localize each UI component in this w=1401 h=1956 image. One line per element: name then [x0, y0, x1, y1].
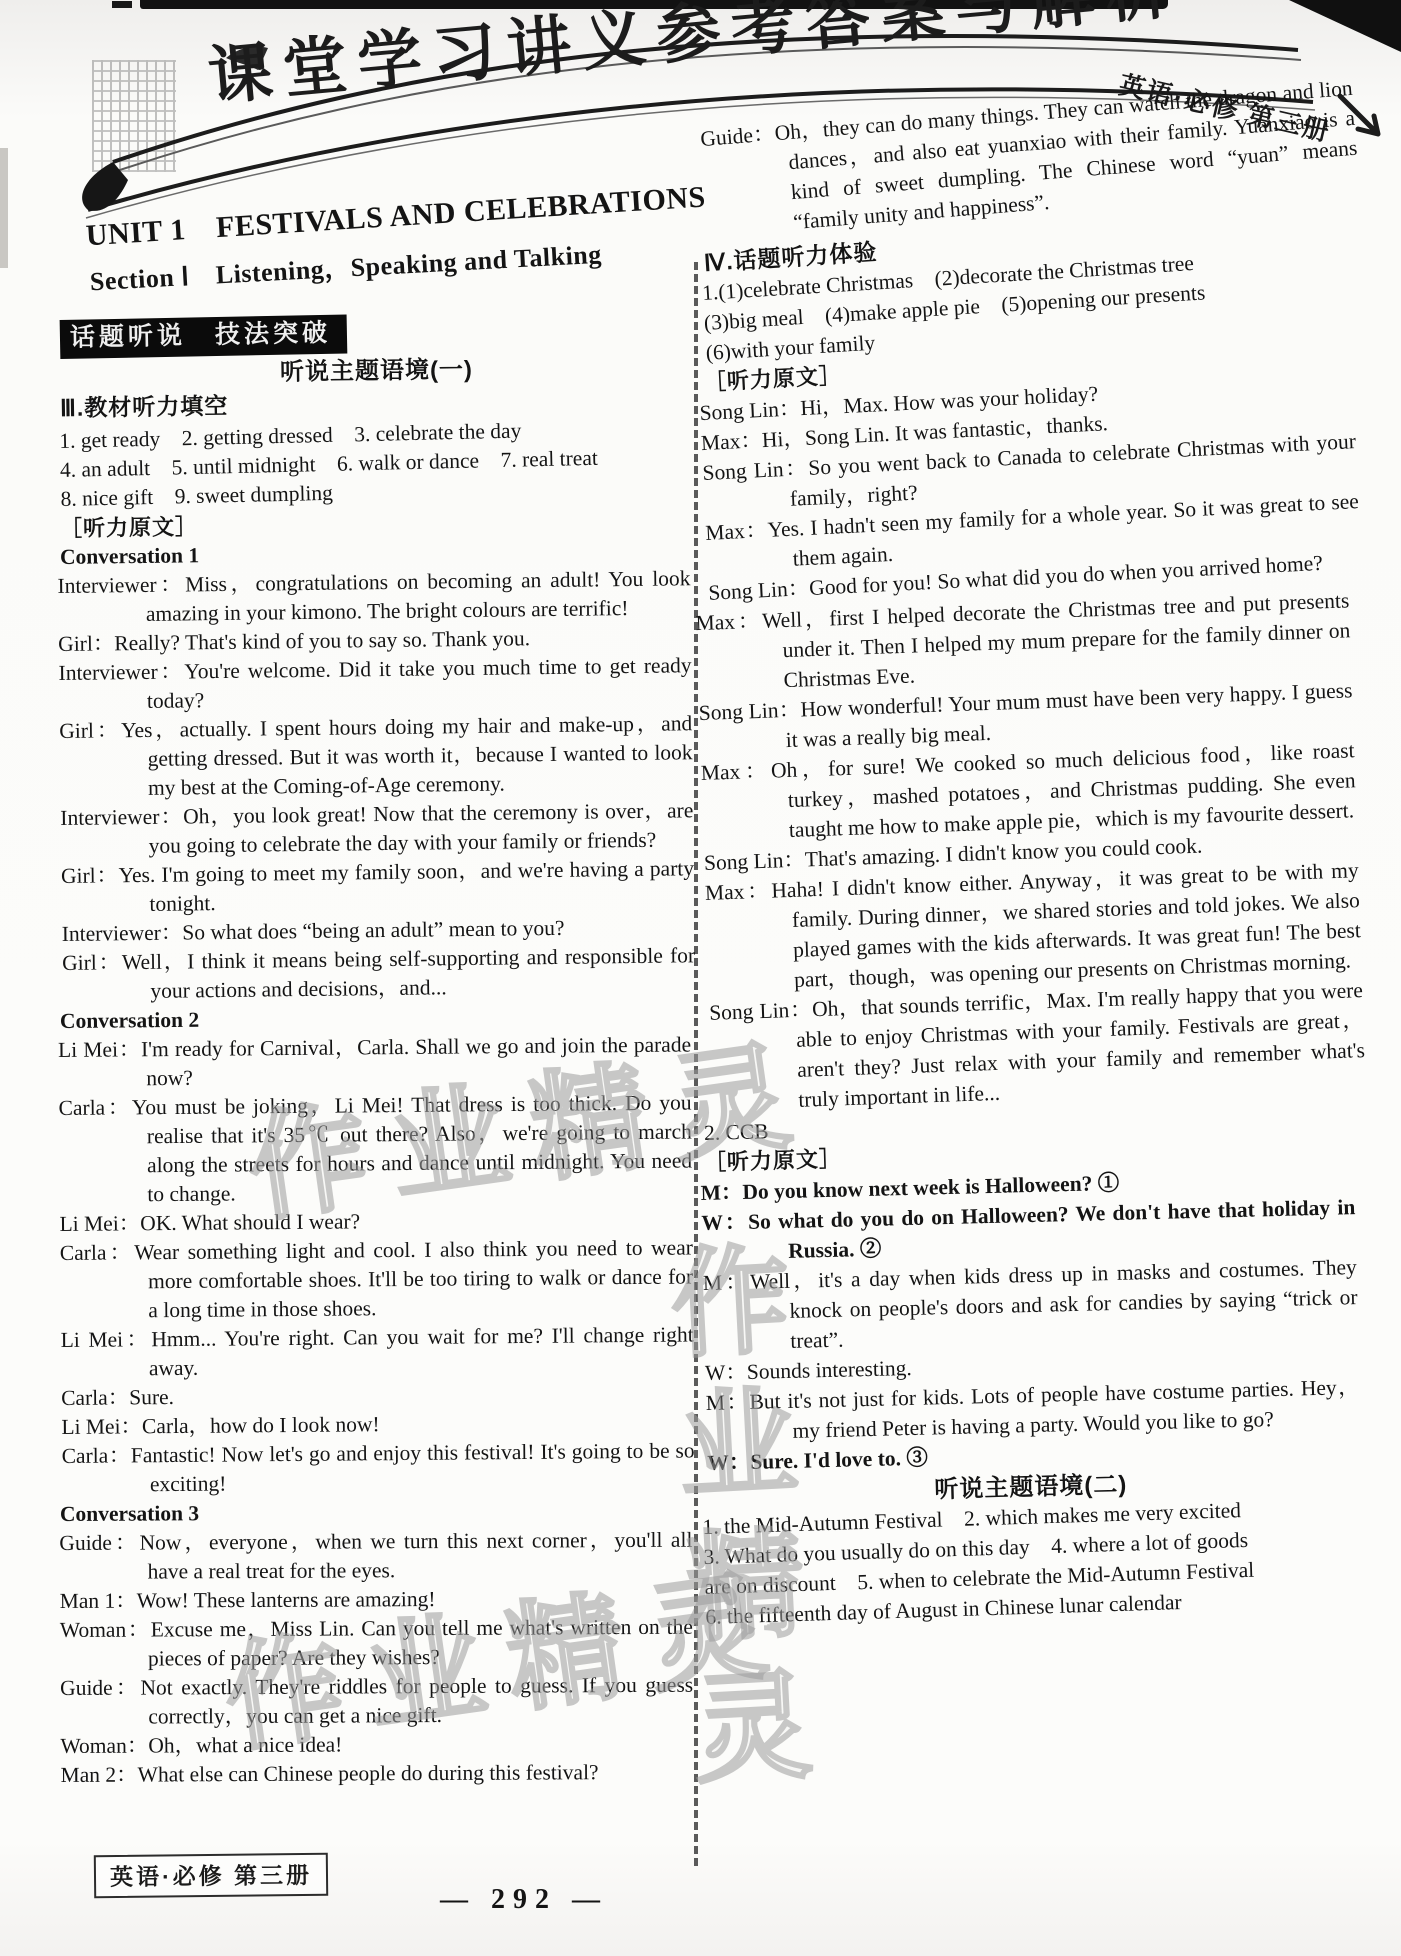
dialogue-line: Carla：Wear something light and cool. I a… [60, 1233, 694, 1326]
dialogue-line: Woman：Excuse me，Miss Lin. Can you tell m… [60, 1613, 693, 1674]
dialogue-line: Li Mei：Hmm... You're right. Can you wait… [61, 1320, 694, 1384]
dialogue-listening-2: M：Do you know next week is Halloween? ①W… [700, 1162, 1361, 1478]
dialogue-line: M：Well，it's a day when kids dress up in … [703, 1252, 1359, 1358]
conversation-3-dialogue: Guide：Now，everyone，when we turn this nex… [59, 1526, 693, 1790]
conversation-3-heading: Conversation 3 [60, 1497, 693, 1529]
dialogue-line: Woman：Oh，what a nice idea! [60, 1729, 693, 1761]
conversation-1-dialogue: Interviewer：Miss，congratulations on beco… [57, 564, 695, 1007]
dialogue-line: Max：Haha! I didn't know either. Anyway，i… [705, 855, 1363, 998]
dialogue-line: Girl：Yes. I'm going to meet my family so… [61, 854, 695, 920]
page-number: — 292 — [440, 1884, 608, 1916]
dialogue-line: Carla：You must be joking，Li Mei! That dr… [58, 1088, 692, 1210]
dialogue-line: Li Mei：I'm ready for Carnival，Carla. Sha… [58, 1030, 691, 1094]
dialogue-line: Carla：Fantastic! Now let's go and enjoy … [62, 1436, 695, 1500]
dialogue-listening-1b: Max：Well，first I helped decorate the Chr… [695, 585, 1366, 1118]
right-column: Guide：Oh，they can do many things. They c… [704, 124, 1358, 1632]
topic-bar: 话题听说 技法突破 [60, 314, 348, 359]
dialogue-line: Interviewer：Oh，you look great! Now that … [60, 796, 694, 862]
scan-artifact-left-edge [0, 148, 8, 268]
dialogue-listening-1a: Song Lin：Hi，Max. How was your holiday?Ma… [699, 366, 1362, 608]
dialogue-line: Girl：Yes，actually. I spent hours doing m… [59, 709, 693, 804]
dialogue-line: Man 1：Wow! These lanterns are amazing! [60, 1584, 693, 1616]
dialogue-line: Interviewer：Miss，congratulations on beco… [57, 564, 691, 630]
answer-list: 1. the Mid-Autumn Festival 2. which make… [702, 1491, 1359, 1631]
footer-edition-box: 英语·必修 第三册 [94, 1853, 328, 1898]
dialogue-line: Interviewer：You're welcome. Did it take … [58, 651, 692, 717]
answer-list: 1. get ready 2. getting dressed 3. celeb… [59, 413, 694, 514]
column-divider [694, 262, 698, 1866]
dialogue-line: Guide：Now，everyone，when we turn this nex… [59, 1526, 692, 1587]
conversation-2-dialogue: Li Mei：I'm ready for Carnival，Carla. Sha… [58, 1030, 695, 1500]
dialogue-line: Girl：Well，I think it means being self-su… [62, 941, 696, 1007]
dialogue-line: Man 2：What else can Chinese people do du… [61, 1758, 694, 1790]
dialogue-line: Song Lin：Oh，that sounds terrific，Max. I'… [709, 975, 1367, 1118]
dialogue-line: Guide：Not exactly. They're riddles for p… [60, 1671, 693, 1732]
left-column: UNIT 1 FESTIVALS AND CELEBRATIONS Sectio… [60, 220, 693, 1790]
